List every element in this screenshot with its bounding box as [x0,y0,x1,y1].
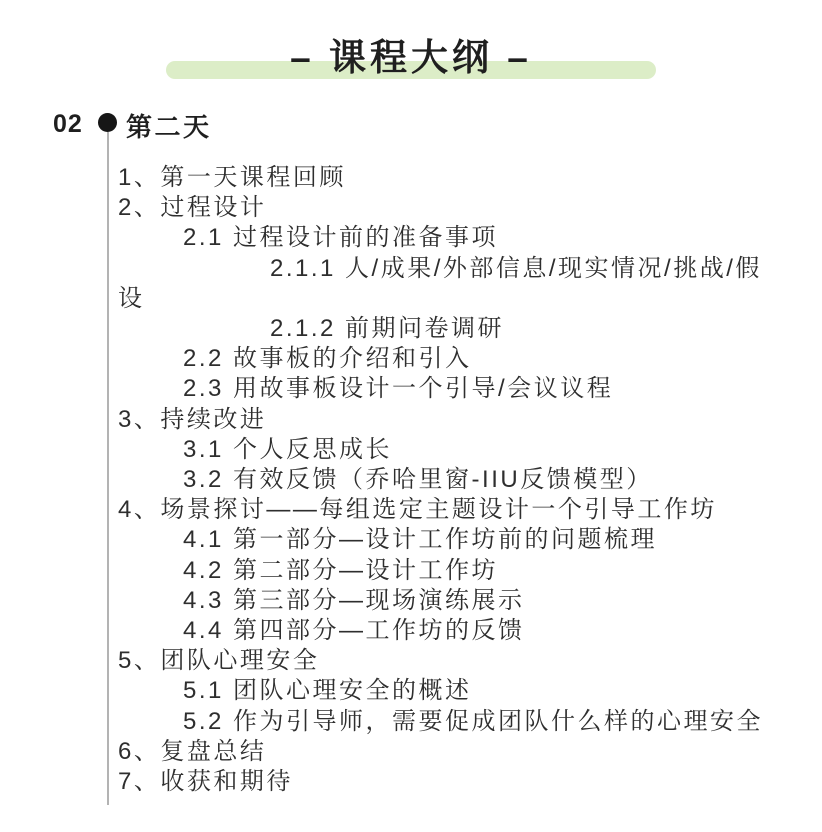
outline-item: 2、过程设计 [118,193,818,223]
day-heading: 第二天 [126,107,212,144]
outline-item: 7、收获和期待 [118,767,818,797]
outline-item: 3.1 个人反思成长 [118,435,818,465]
timeline-vertical-line [107,132,109,805]
page-title: – 课程大纲 – [290,27,532,81]
outline-item: 4.3 第三部分—现场演练展示 [118,586,818,616]
bullet-dot-icon [98,113,117,132]
outline-list: 1、第一天课程回顾2、过程设计2.1 过程设计前的准备事项2.1.1 人/成果/… [118,163,818,797]
outline-item: 4.1 第一部分—设计工作坊前的问题梳理 [118,525,818,555]
outline-item: 2.2 故事板的介绍和引入 [118,344,818,374]
outline-item: 4、场景探讨——每组选定主题设计一个引导工作坊 [118,495,818,525]
outline-item: 5、团队心理安全 [118,646,818,676]
outline-item: 1、第一天课程回顾 [118,163,818,193]
outline-item: 5.1 团队心理安全的概述 [118,676,818,706]
outline-item: 2.1.1 人/成果/外部信息/现实情况/挑战/假 [118,254,818,284]
outline-item: 5.2 作为引导师，需要促成团队什么样的心理安全 [118,707,818,737]
outline-item: 2.3 用故事板设计一个引导/会议议程 [118,374,818,404]
day-index-label: 02 [53,110,83,139]
outline-item: 4.4 第四部分—工作坊的反馈 [118,616,818,646]
outline-item: 4.2 第二部分—设计工作坊 [118,556,818,586]
course-outline-page: – 课程大纲 – 02 第二天 1、第一天课程回顾2、过程设计2.1 过程设计前… [0,0,822,832]
outline-item: 3、持续改进 [118,405,818,435]
outline-item: 2.1.2 前期问卷调研 [118,314,818,344]
outline-item: 6、复盘总结 [118,737,818,767]
title-row: – 课程大纲 – [0,27,822,81]
outline-item: 2.1 过程设计前的准备事项 [118,223,818,253]
outline-item: 3.2 有效反馈（乔哈里窗-IIU反馈模型） [118,465,818,495]
outline-item: 设 [118,284,818,314]
